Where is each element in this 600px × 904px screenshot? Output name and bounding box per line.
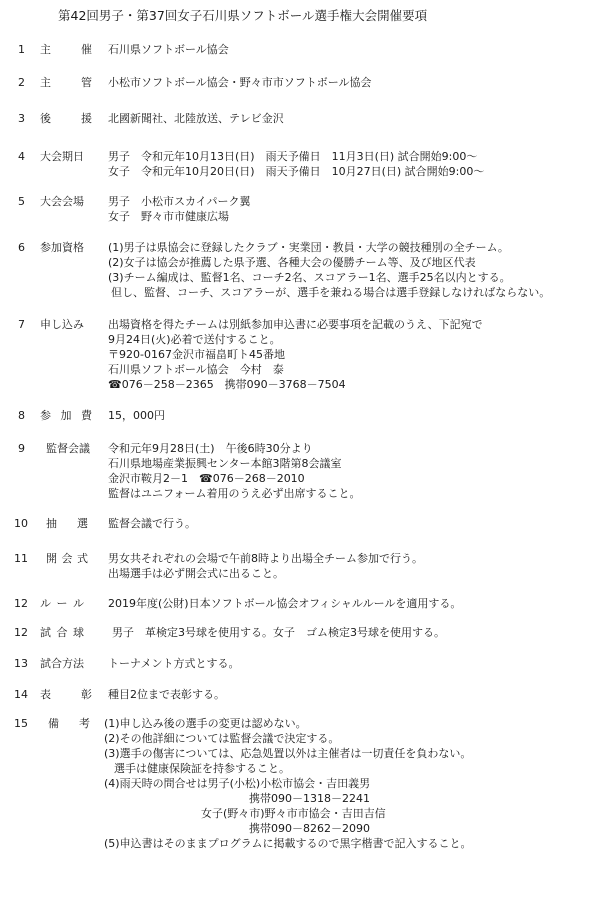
contact-name: 石川県ソフトボール協会 今村 泰 [108, 362, 483, 377]
mens-contact-phone: 携帯090－1318－2241 [104, 791, 471, 806]
section-label: 後 援 [40, 111, 92, 126]
section-content: 男子 小松市スカイパーク翼 女子 野々市市健康広場 [108, 194, 250, 224]
section-content: 15，000円 [108, 408, 165, 423]
section-content: 令和元年9月28日(土) 午後6時30分より 石川県地場産業振興センター本館3階… [108, 441, 360, 501]
document-title: 第42回男子・第37回女子石川県ソフトボール選手権大会開催要項 [58, 8, 427, 23]
section-content: 小松市ソフトボール協会・野々市市ソフトボール協会 [108, 75, 372, 90]
section-label: 開 会 式 [46, 551, 88, 566]
section-number: 5 [18, 194, 25, 209]
section-content: 2019年度(公財)日本ソフトボール協会オフィシャルルールを適用する。 [108, 596, 461, 611]
section-label: 監督会議 [46, 441, 98, 456]
section-label: 表 彰 [40, 687, 92, 702]
section-number: 15 [14, 716, 28, 731]
contact-phone: ☎076－258－2365 携帯090－3768－7504 [108, 377, 483, 392]
womens-contact: 女子(野々市)野々市市協会・吉田吉信 [104, 806, 471, 821]
section-content: 男子 令和元年10月13日(日) 雨天予備日 11月3日(日) 試合開始9:00… [108, 149, 484, 179]
postal-address: 〒920-0167金沢市福畠町ト45番地 [108, 347, 483, 362]
fee-amount: 15，000円 [108, 408, 165, 423]
section-label: 大会会場 [40, 194, 92, 209]
section-content: 種目2位まで表彰する。 [108, 687, 225, 702]
section-content: (1)申し込み後の選手の変更は認めない。 (2)その他詳細については監督会議で決… [104, 716, 471, 851]
section-number: 9 [18, 441, 25, 456]
section-number: 7 [18, 317, 25, 332]
section-number: 12 [14, 596, 28, 611]
womens-contact-phone: 携帯090－8262－2090 [104, 821, 471, 836]
section-number: 11 [14, 551, 28, 566]
section-number: 12 [14, 625, 28, 640]
section-number: 4 [18, 149, 25, 164]
section-number: 13 [14, 656, 28, 671]
section-label: 試合方法 [40, 656, 92, 671]
section-label: 抽 選 [46, 516, 88, 531]
section-content: (1)男子は県協会に登録したクラブ・実業団・教員・大学の競技種別の全チーム。 (… [108, 240, 550, 300]
section-content: トーナメント方式とする。 [108, 656, 240, 671]
section-content: 出場資格を得たチームは別紙参加申込書に必要事項を記載のうえ、下記宛で 9月24日… [108, 317, 483, 392]
section-label: 試 合 球 [40, 625, 84, 640]
section-number: 3 [18, 111, 25, 126]
section-number: 8 [18, 408, 25, 423]
section-content: 監督会議で行う。 [108, 516, 196, 531]
section-number: 10 [14, 516, 28, 531]
section-content: 北國新聞社、北陸放送、テレビ金沢 [108, 111, 284, 126]
section-number: 14 [14, 687, 28, 702]
section-number: 6 [18, 240, 25, 255]
section-number: 1 [18, 42, 25, 57]
section-number: 2 [18, 75, 25, 90]
section-label: 参加資格 [40, 240, 92, 255]
section-content: 男女共それぞれの会場で午前8時より出場全チーム参加で行う。 出場選手は必ず開会式… [108, 551, 423, 581]
section-label: ル ー ル [40, 596, 84, 611]
section-content: 石川県ソフトボール協会 [108, 42, 229, 57]
section-label: 主 催 [40, 42, 92, 57]
section-label: 申し込み [40, 317, 92, 332]
section-label: 備 考 [48, 716, 90, 731]
section-label: 主 管 [40, 75, 92, 90]
section-label: 大会期日 [40, 149, 92, 164]
section-label: 参 加 費 [40, 408, 92, 423]
section-content: 男子 革検定3号球を使用する。女子 ゴム検定3号球を使用する。 [112, 625, 445, 640]
